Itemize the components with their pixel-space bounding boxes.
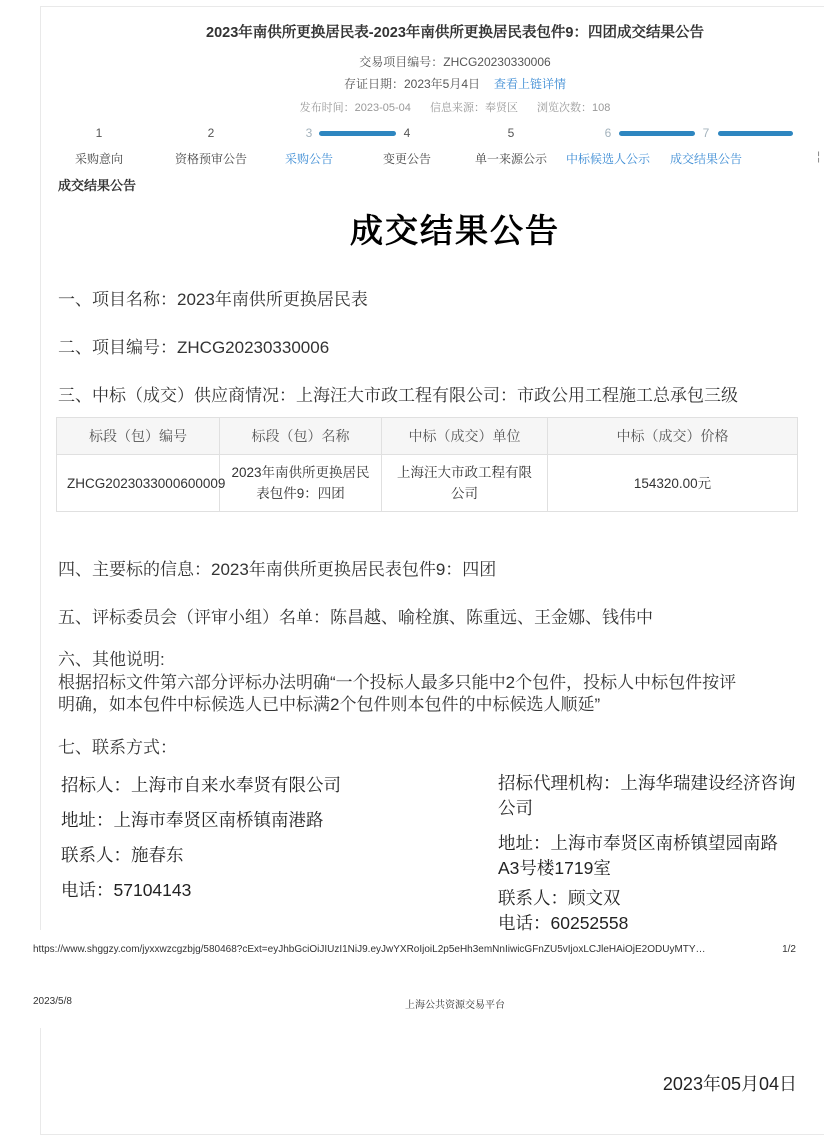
publish-meta-row: 发布时间：2023-05-04 信息来源：奉贤区 浏览次数：108 [41,99,824,115]
step-procurement-intent[interactable]: 1 采购意向 [75,125,123,167]
tenderer-phone: 电话：57104143 [61,877,191,902]
col-header-winning-price: 中标（成交）价格 [548,418,798,455]
col-header-package-name: 标段（包）名称 [220,418,382,455]
col-header-package-number: 标段（包）编号 [57,418,220,455]
section-project-number: 二、项目编号：ZHCG20230330006 [58,333,329,358]
page-title: 成交结果公告 [41,205,824,252]
other-notes-line2: 明确，如本包件中标候选人已中标满2个包件则本包件的中标候选人顺延” [58,690,600,715]
announcement-page-continued: 2023年05月04日 [40,1028,824,1135]
trade-project-number: 交易项目编号：ZHCG20230330006 [41,53,824,70]
section-evaluation-committee: 五、评标委员会（评审小组）名单：陈昌越、喻栓旗、陈重远、王金娜、钱伟中 [58,603,653,628]
step-connector-line-6 [619,131,695,136]
step-next-truncated: ¦ [817,149,820,163]
step-prequalification[interactable]: 2 资格预审公告 [175,125,247,167]
cert-date-row: 存证日期：2023年5月4日查看上链详情 [41,75,824,92]
step-connector-line-7 [718,131,793,136]
view-chain-details-link[interactable]: 查看上链详情 [494,77,566,91]
cell-winning-unit: 上海汪大市政工程有限公司 [382,455,548,512]
col-header-winning-unit: 中标（成交）单位 [382,418,548,455]
table-header-row: 标段（包）编号 标段（包）名称 中标（成交）单位 中标（成交）价格 [57,418,798,455]
cell-package-name: 2023年南供所更换居民表包件9：四团 [220,455,382,512]
section-contact-title: 七、联系方式： [58,733,177,758]
view-count: 浏览次数：108 [537,102,610,114]
document-title: 2023年南供所更换居民表-2023年南供所更换居民表包件9：四团成交结果公告 [41,21,824,42]
breadcrumb-current-section: 成交结果公告 [58,175,136,194]
section-subject-info: 四、主要标的信息：2023年南供所更换居民表包件9：四团 [58,555,496,580]
cell-winning-price: 154320.00元 [548,455,798,512]
step-connector-line-3 [319,131,396,136]
print-footer-url: https://www.shggzy.com/jyxxwzcgzbjg/5804… [33,944,753,955]
announcement-page: 2023年南供所更换居民表-2023年南供所更换居民表包件9：四团成交结果公告 … [40,6,824,930]
print-header-date: 2023/5/8 [33,996,72,1007]
print-page-number: 1/2 [782,944,796,955]
print-header-site-name: 上海公共资源交易平台 [405,996,505,1011]
publish-time: 发布时间：2023-05-04 [300,102,411,114]
agency-phone: 电话：60252558 [498,910,628,935]
tenderer-name: 招标人：上海市自来水奉贤有限公司 [61,772,341,797]
section-other-notes-title: 六、其他说明: [58,645,165,670]
table-row: ZHCG2023033000600009 2023年南供所更换居民表包件9：四团… [57,455,798,512]
step-single-source[interactable]: 5 单一来源公示 [475,125,547,167]
section-project-name: 一、项目名称：2023年南供所更换居民表 [58,285,368,310]
tenderer-contact-person: 联系人：施春东 [61,842,184,867]
agency-address-line1: 地址：上海市奉贤区南桥镇望园南路 [498,830,778,855]
agency-name-line1: 招标代理机构：上海华瑞建设经济咨询 [498,770,796,795]
cell-package-number: ZHCG2023033000600009 [57,455,220,512]
announcement-date: 2023年05月04日 [41,1070,824,1096]
info-source: 信息来源：奉贤区 [430,102,518,114]
agency-contact-person: 联系人：顾文双 [498,885,621,910]
cert-date: 存证日期：2023年5月4日 [344,77,480,91]
tenderer-address: 地址：上海市奉贤区南桥镇南港路 [61,807,324,832]
agency-address-line2: A3号楼1719室 [498,855,611,880]
agency-name-line2: 公司 [498,795,533,820]
section-winning-supplier: 三、中标（成交）供应商情况：上海汪大市政工程有限公司：市政公用工程施工总承包三级 [58,381,738,406]
award-result-table: 标段（包）编号 标段（包）名称 中标（成交）单位 中标（成交）价格 ZHCG20… [56,417,798,512]
